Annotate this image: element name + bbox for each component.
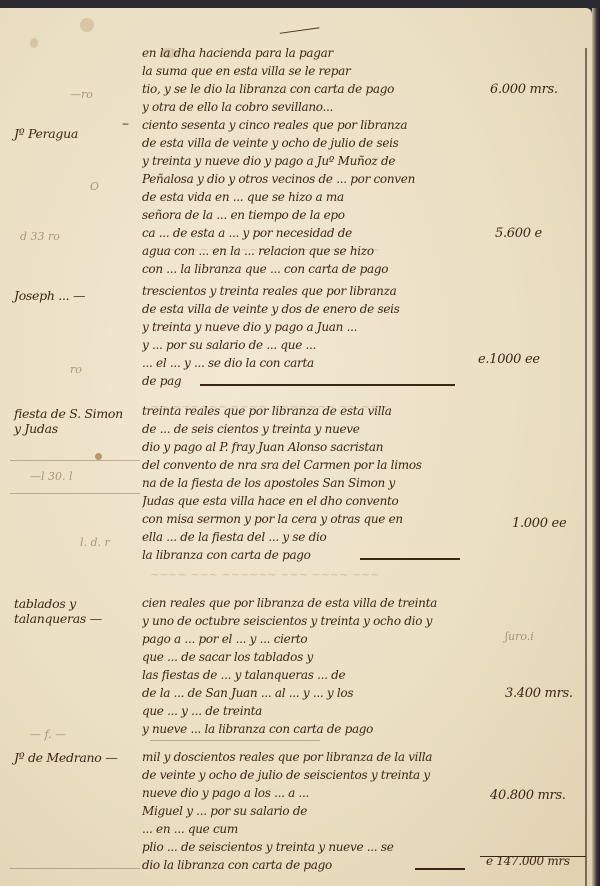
margin-mark: O — [90, 180, 99, 193]
entry-dash: – — [122, 116, 129, 132]
text-line: y otra de ello la cobro sevillano... — [142, 98, 462, 116]
separator-rule — [150, 740, 320, 741]
text-line: ca ... de esta a ... y por necesidad de — [142, 224, 462, 242]
page-edge — [592, 8, 600, 886]
text-line: y treinta y nueve dio y pago a Juº Muñoz… — [142, 152, 462, 170]
text-line: Peñalosa y dio y otros vecinos de ... po… — [142, 170, 462, 188]
margin-mark: —ro — [70, 88, 93, 101]
text-line: dio y pago al P. fray Juan Alonso sacris… — [142, 438, 462, 456]
text-line: cien reales que por libranza de esta vil… — [142, 594, 462, 612]
binding-line — [585, 48, 587, 886]
text-line: Miguel y ... por su salario de — [142, 802, 462, 820]
text-line: con ... la libranza que ... con carta de… — [142, 260, 462, 278]
text-line: ella ... de la fiesta del ... y se dio — [142, 528, 462, 546]
text-line: ... en ... que cum — [142, 820, 462, 838]
paper-stain — [80, 18, 94, 32]
margin-rule — [10, 493, 140, 494]
margin-label: tablados y talanqueras — — [14, 596, 134, 626]
entry-closing-rule — [360, 558, 460, 560]
amount-header: 6.000 mrs. — [490, 82, 558, 97]
text-line: con misa sermon y por la cera y otras qu… — [142, 510, 462, 528]
amount-entry: 3.400 mrs. — [505, 686, 573, 701]
text-line: y treinta y nueve dio y pago a Juan ... — [142, 318, 462, 336]
margin-mark: —l 30. l — [30, 470, 73, 483]
entry-closing-rule — [415, 868, 465, 870]
page-total: e 147.000 mrs — [486, 854, 570, 868]
text-line: del convento de nra sra del Carmen por l… — [142, 456, 462, 474]
margin-label: Jº Peragua — [14, 126, 78, 141]
margin-mark: ro — [70, 363, 82, 376]
text-line: de ... de seis cientos y treinta y nueve — [142, 420, 462, 438]
bleed-through-text: ~~~~ ~~~ ~~~~~~ ~~~ ~~~~ ~~~ — [150, 568, 379, 581]
margin-rule — [10, 868, 140, 869]
amount-entry: 1.000 ee — [512, 516, 566, 531]
text-line: mil y doscientos reales que por libranza… — [142, 748, 462, 766]
entry-closing-rule — [200, 384, 455, 386]
text-line: de veinte y ocho de julio de seiscientos… — [142, 766, 462, 784]
text-line: treinta reales que por libranza de esta … — [142, 402, 462, 420]
margin-label: Joseph ... — — [14, 288, 85, 303]
text-line: la libranza con carta de pago — [142, 546, 362, 564]
amount-entry: e.1000 ee — [478, 352, 540, 367]
text-line: y nueve ... la libranza con carta de pag… — [142, 720, 462, 738]
text-line: y ... por su salario de ... que ... — [142, 336, 462, 354]
margin-label: Jº de Medrano — — [14, 750, 117, 765]
amount-entry: 40.800 mrs. — [490, 788, 566, 803]
text-line: de la ... de San Juan ... al ... y ... y… — [142, 684, 462, 702]
text-line: dio la libranza con carta de pago — [142, 856, 402, 874]
text-line: agua con ... en la ... relacion que se h… — [142, 242, 462, 260]
text-line: trescientos y treinta reales que por lib… — [142, 282, 462, 300]
text-line: plio ... de seiscientos y treinta y nuev… — [142, 838, 462, 856]
text-line: que ... y ... de treinta — [142, 702, 462, 720]
paper-stain — [95, 453, 102, 460]
text-line: en la dha hacienda para la pagar — [142, 44, 462, 62]
paper-stain — [30, 38, 38, 48]
amount-entry: 5.600 e — [495, 226, 542, 241]
margin-label: fiesta de S. Simon y Judas — [14, 406, 124, 436]
manuscript-page: ~~~ ~~~~~ ~~~~ ~~~ ~~~~~ ~~~ ~~ ~~~~~~ ~… — [0, 8, 592, 886]
text-line: ciento sesenta y cinco reales que por li… — [142, 116, 462, 134]
text-line: y uno de octubre seiscientos y treinta y… — [142, 612, 462, 630]
text-line: na de la fiesta de los apostoles San Sim… — [142, 474, 462, 492]
margin-mark: d 33 ro — [20, 230, 60, 243]
margin-rule — [10, 460, 140, 461]
text-line: de esta villa de veinte y dos de enero d… — [142, 300, 462, 318]
text-line: señora de la ... en tiempo de la epo — [142, 206, 462, 224]
text-line: de esta villa de veinte y ocho de julio … — [142, 134, 462, 152]
top-flourish-mark — [280, 27, 321, 39]
margin-mark: — f. — — [30, 728, 66, 741]
text-line: nueve dio y pago a los ... a ... — [142, 784, 462, 802]
text-line: ... el ... y ... se dio la con carta — [142, 354, 462, 372]
text-line: Judas que esta villa hace en el dho conv… — [142, 492, 462, 510]
margin-mark: ʃuro.i — [505, 630, 534, 643]
margin-mark: l. d. r — [80, 536, 110, 549]
text-line: de pago — [142, 372, 182, 390]
text-line: la suma que en esta villa se le repar — [142, 62, 462, 80]
text-line: pago a ... por el ... y ... cierto — [142, 630, 462, 648]
text-line: tio, y se le dio la libranza con carta d… — [142, 80, 462, 98]
text-line: las fiestas de ... y talanqueras ... de — [142, 666, 462, 684]
text-line: de esta vida en ... que se hizo a ma — [142, 188, 462, 206]
text-line: que ... de sacar los tablados y — [142, 648, 462, 666]
